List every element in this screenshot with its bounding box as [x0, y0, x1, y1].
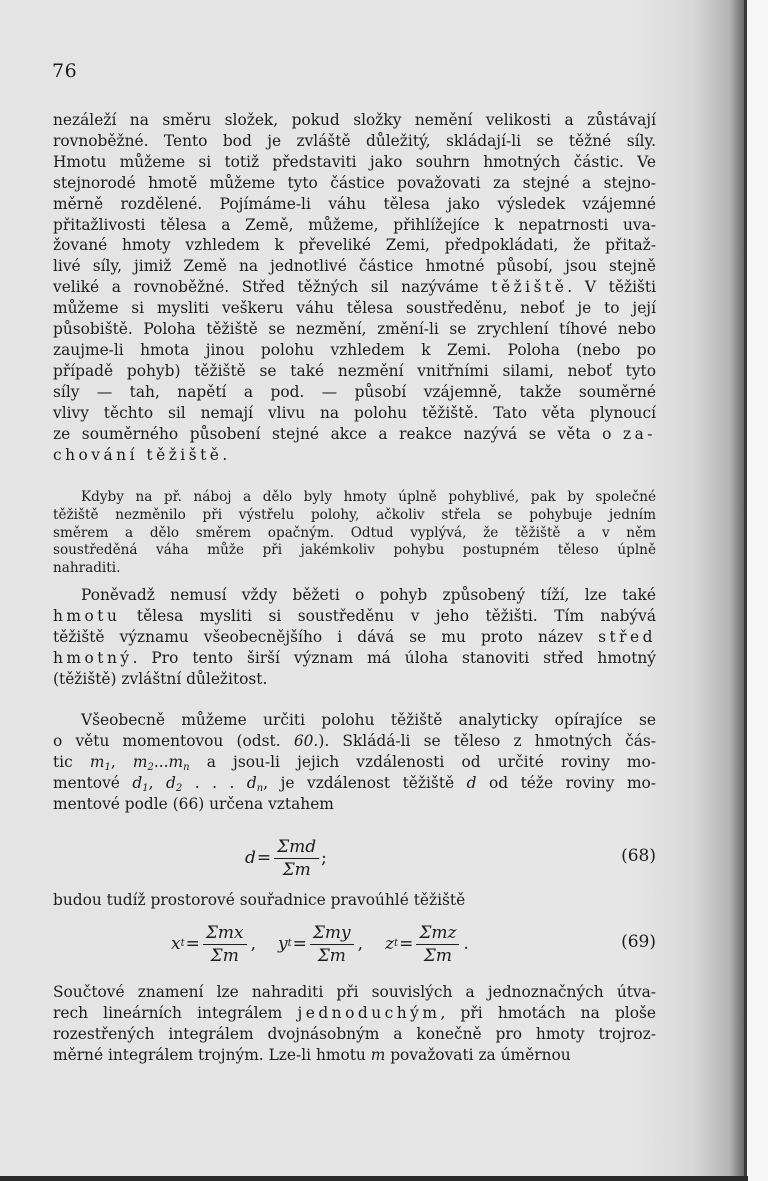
- text-line: případě pohyb) těžiště se také nezmění v…: [53, 361, 656, 382]
- text-line: můžeme si mysliti veškeru váhu tělesa so…: [53, 298, 656, 319]
- text-line: livé síly, jimiž Země na jednotlivé část…: [53, 256, 656, 277]
- text-line: zaujme-li hmota jinou polohu vzhledem k …: [53, 340, 656, 361]
- text-line: žované hmoty vzhledem k převeliké Zemi, …: [53, 235, 656, 256]
- text-line: rech lineárních integrálem jednoduchým, …: [53, 1003, 656, 1024]
- text-line: o větu momentovou (odst. 60.). Skládá-li…: [53, 731, 656, 752]
- equation-68: d = Σmd Σm ; (68): [53, 832, 656, 884]
- text-line: těžiště významu všeobecnějšího i dává se…: [53, 627, 656, 648]
- text-line: měrné integrálem trojným. Lze-li hmotu m…: [53, 1045, 656, 1066]
- text-line: působiště. Poloha těžiště se nezmění, zm…: [53, 319, 656, 340]
- text-line: mentové d1, d2 . . . dn, je vzdálenost t…: [53, 773, 656, 794]
- fraction: ΣmzΣm: [416, 923, 459, 966]
- text-line: ze souměrného působení stejné akce a rea…: [53, 424, 656, 445]
- equation-number: (68): [621, 846, 656, 866]
- emphasized-term: hmotný: [53, 649, 133, 667]
- text-line: hmotný. Pro tento širší význam má úloha …: [53, 648, 656, 669]
- fraction: ΣmxΣm: [203, 923, 247, 966]
- emphasized-term: jednoduchým: [297, 1004, 440, 1022]
- text-line: stejnorodé hmotě můžeme tyto částice pov…: [53, 173, 656, 194]
- text-line: síly — tah, napětí a pod. — působí vzáje…: [53, 382, 656, 403]
- mass-list: m1, m2...mn: [90, 753, 190, 771]
- equation-number: (69): [621, 932, 656, 952]
- paragraph-coordinates: budou tudíž prostorové souřadnice pravoú…: [53, 890, 656, 911]
- text-line: nahraditi.: [53, 560, 656, 578]
- text-line: hmotu tělesa mysliti si soustředěnu v je…: [53, 606, 656, 627]
- text-line: přitažlivosti tělesa a Země, můžeme, při…: [53, 215, 656, 236]
- text-line: tic m1, m2...mn a jsou-li jejich vzdálen…: [53, 752, 656, 773]
- equation-69: xt=ΣmxΣm,yt=ΣmyΣm,zt=ΣmzΣm. (69): [53, 918, 656, 970]
- paragraph-center-of-mass: Poněvadž nemusí vždy běžeti o pohyb způs…: [53, 585, 656, 690]
- emphasized-term: hmotu: [53, 607, 120, 625]
- text-line: vlivy těchto sil nemají vlivu na polohu …: [53, 403, 656, 424]
- page-spine-edge: [744, 0, 768, 1181]
- text-line: veliké a rovnoběžné. Střed těžných sil n…: [53, 277, 656, 298]
- text-line: Všeobecně můžeme určiti polohu těžiště a…: [53, 710, 656, 731]
- emphasized-term: těžiště: [491, 278, 567, 296]
- page-number: 76: [52, 60, 77, 82]
- paragraph-center-of-gravity: nezáleží na směru složek, pokud složky n…: [53, 110, 656, 465]
- emphasized-term: střed: [598, 628, 656, 646]
- emphasized-term: za-: [623, 425, 656, 443]
- text-line: těžiště nezměnilo při výstřelu polohy, a…: [53, 507, 656, 525]
- text-line: chování těžiště.: [53, 445, 656, 466]
- text-line: rozestřených integrálem dvojnásobným a k…: [53, 1024, 656, 1045]
- fraction: Σmd Σm: [274, 837, 319, 880]
- section-reference: 60.: [294, 732, 318, 750]
- text-line: mentové podle (66) určena vztahem: [53, 794, 656, 815]
- text-line: rovnoběžné. Tento bod je zvláště důležit…: [53, 131, 656, 152]
- fraction: ΣmyΣm: [310, 923, 354, 966]
- paragraph-integrals: Součtové znamení lze nahraditi při souvi…: [53, 982, 656, 1066]
- text-line: Kdyby na př. náboj a dělo byly hmoty úpl…: [53, 489, 656, 507]
- text-line: (těžiště) zvláštní důležitost.: [53, 669, 656, 690]
- footnote-cannon-example: Kdyby na př. náboj a dělo byly hmoty úpl…: [53, 489, 656, 578]
- page-bottom-edge: [0, 1176, 748, 1181]
- text-line: Součtové znamení lze nahraditi při souvi…: [53, 982, 656, 1003]
- text-line: Hmotu můžeme si totiž představiti jako s…: [53, 152, 656, 173]
- text-line: nezáleží na směru složek, pokud složky n…: [53, 110, 656, 131]
- paragraph-analytic-position: Všeobecně můžeme určiti polohu těžiště a…: [53, 710, 656, 815]
- text-line: soustředěná váha může při jakémkoliv poh…: [53, 542, 656, 560]
- distance-list: d1, d2 . . . dn,: [132, 774, 268, 792]
- emphasized-term: chování těžiště: [53, 446, 222, 464]
- text-line: měrně rozdělené. Pojímáme-li váhu tělesa…: [53, 194, 656, 215]
- text-line: Poněvadž nemusí vždy běžeti o pohyb způs…: [53, 585, 656, 606]
- text-line: směrem a dělo směrem opačným. Odtud vypl…: [53, 525, 656, 543]
